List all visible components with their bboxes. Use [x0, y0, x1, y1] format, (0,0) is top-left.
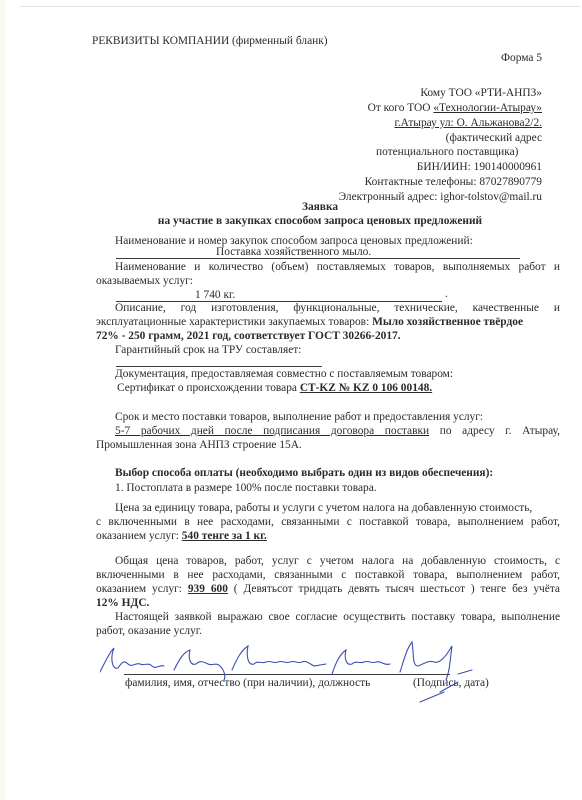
goods-value: 1 740 кг.	[195, 288, 235, 302]
consent-line-1: Настоящей заявкой выражаю свое согласие …	[115, 610, 560, 624]
handwritten-signature	[100, 640, 580, 710]
document-page: РЕКВИЗИТЫ КОМПАНИИ (фирменный бланк) Фор…	[0, 0, 582, 800]
address-note-2: потенциального поставщика)	[376, 145, 518, 159]
delivery-label: Срок и место поставки товаров, выполнени…	[115, 410, 483, 424]
unit-price-line-3: оказанием услуг: 540 тенге за 1 кг.	[96, 529, 267, 543]
delivery-line-3: Промышленная зона АНПЗ строение 15А.	[96, 438, 302, 452]
scan-edge-top	[20, 6, 580, 7]
payment-heading: Выбор способа оплаты (необходимо выбрать…	[115, 466, 493, 480]
supplier-phones: Контактные телефоны: 87027890779	[365, 175, 542, 189]
total-price-line-1: Общая цена товаров, работ, услуг с учето…	[115, 554, 560, 568]
total-price-line-3: оказанием услуг: 939 600 ( Девятьсот три…	[96, 582, 560, 596]
letterhead-label: РЕКВИЗИТЫ КОМПАНИИ (фирменный бланк)	[92, 34, 328, 48]
certificate-prefix: Сертификат о происхождении товара	[117, 382, 300, 394]
total-price-line-2: включенными в нее расходами, связанными …	[96, 568, 560, 582]
supplier-bin: БИН/ИИН: 190140000961	[417, 160, 542, 174]
supplier-address: г.Атырау ул: О. Альжанова2/2.	[394, 116, 542, 130]
total-price-amount: 939 600	[188, 583, 228, 595]
from-prefix: От кого ТОО	[368, 102, 434, 114]
documentation-value: Сертификат о происхождении товара СТ-KZ …	[117, 381, 432, 395]
total-price-prefix: оказанием услуг:	[96, 583, 188, 595]
scan-edge-left	[0, 0, 6, 800]
description-line-3: 72% - 250 грамм, 2021 год, соответствует…	[96, 329, 401, 343]
address-note-1: (фактический адрес	[446, 131, 542, 145]
description-bold-1: Мыло хозяйственное твёрдое	[372, 316, 523, 328]
unit-price-value: 540 тенге за 1 кг.	[182, 530, 267, 542]
vat-note: 12% НДС.	[96, 596, 149, 610]
addressee-from: От кого ТОО «Технологии-Атырау»	[368, 101, 542, 115]
description-prefix: эксплуатационные характеристики закупаем…	[96, 316, 372, 328]
payment-option-1: 1. Постоплата в размере 100% после поста…	[115, 481, 377, 495]
goods-label-2: оказываемых услуг:	[96, 274, 193, 288]
goods-label-1: Наименование и количество (объем) постав…	[115, 260, 560, 274]
warranty-label: Гарантийный срок на ТРУ составляет:	[115, 343, 301, 357]
unit-price-line-1: Цена за единицу товара, работы и услуги …	[115, 501, 532, 515]
unit-price-line-2: с включенными в нее расходами, связанным…	[96, 515, 560, 529]
delivery-term: 5-7 рабочих дней после подписания догово…	[115, 425, 429, 437]
addressee-to: Кому ТОО «РТИ-АНПЗ»	[420, 86, 542, 100]
description-line-1: Описание, год изготовления, функциональн…	[115, 301, 560, 315]
unit-price-prefix: оказанием услуг:	[96, 530, 182, 542]
total-price-words: ( Девятьсот тридцать девять тысяч шестьс…	[228, 583, 560, 595]
consent-line-2: работ, оказание услуг.	[96, 624, 202, 638]
certificate-number: СТ-KZ № KZ 0 106 00148.	[300, 382, 432, 394]
goods-trailing: .	[445, 287, 448, 301]
form-number: Форма 5	[501, 51, 542, 65]
doc-subtitle: на участие в закупках способом запроса ц…	[80, 214, 560, 228]
delivery-line-2: 5-7 рабочих дней после подписания догово…	[115, 424, 560, 438]
from-company: «Технологии-Атырау»	[433, 102, 542, 114]
procurement-value: Поставка хозяйственного мыло.	[216, 245, 371, 259]
documentation-label: Документация, предоставляемая совместно …	[115, 367, 453, 381]
doc-title: Заявка	[80, 200, 560, 214]
description-line-2: эксплуатационные характеристики закупаем…	[96, 315, 560, 329]
delivery-address-start: по адресу г. Атырау,	[429, 425, 560, 437]
